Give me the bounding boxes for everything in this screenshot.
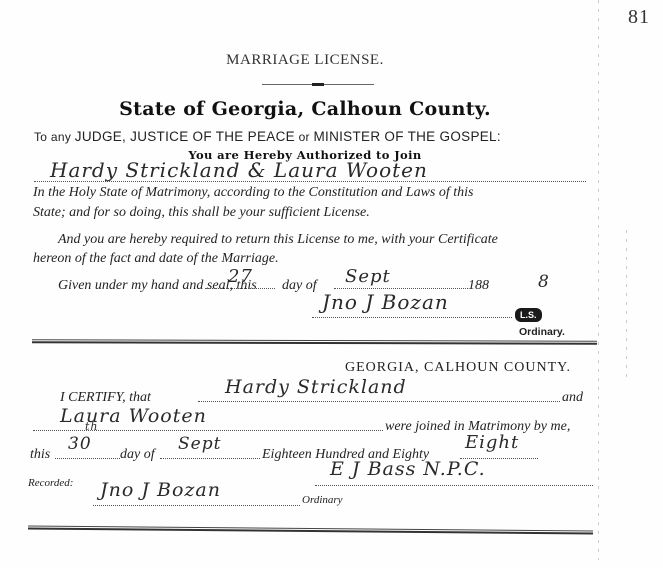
- issue-month-handwritten: Sept: [345, 266, 391, 287]
- year-suffix-handwritten: 8: [538, 272, 550, 292]
- margin-fold-line: [626, 230, 627, 380]
- marriage-day-handwritten: 30: [68, 434, 92, 454]
- marriage-license-document: 81 MARRIAGE LICENSE. State of Georgia, C…: [0, 0, 663, 568]
- recorder-signature: Jno J Bozan: [100, 479, 221, 501]
- couple-names-handwritten: Hardy Strickland & Laura Wooten: [50, 158, 428, 182]
- day-of-label: day of: [120, 447, 155, 463]
- return-paragraph-line-2: hereon of the fact and date of the Marri…: [33, 251, 279, 267]
- return-paragraph-line-1: And you are hereby required to return th…: [58, 232, 498, 248]
- and-label: and: [562, 390, 583, 406]
- jurisdiction-heading: State of Georgia, Calhoun County.: [0, 98, 610, 120]
- certify-label: I CERTIFY, that: [60, 390, 151, 406]
- marriage-year-handwritten: Eight: [465, 432, 519, 453]
- certificate-county-heading: GEORGIA, CALHOUN COUNTY.: [345, 360, 571, 376]
- bottom-divider: [28, 526, 593, 535]
- addressee-line: To any JUDGE, JUSTICE OF THE PEACE or MI…: [34, 129, 501, 144]
- marriage-day-suffix: th: [85, 420, 99, 433]
- matrimony-paragraph-line-1: In the Holy State of Matrimony, accordin…: [33, 185, 473, 201]
- title-divider: [262, 84, 374, 85]
- year-prefix: 188: [468, 278, 489, 294]
- address-main: JUDGE, JUSTICE OF THE PEACE: [75, 129, 295, 144]
- address-prefix: To any: [34, 130, 75, 144]
- document-title: MARRIAGE LICENSE.: [0, 52, 610, 69]
- ordinary-title: Ordinary.: [519, 326, 565, 338]
- recorder-ordinary-label: Ordinary: [302, 494, 343, 506]
- this-label: this: [30, 447, 50, 463]
- margin-fold-line: [598, 0, 599, 560]
- day-of-label: day of: [282, 278, 317, 294]
- recorded-label: Recorded:: [28, 477, 73, 489]
- bride-name-handwritten: Laura Wooten: [60, 405, 207, 427]
- matrimony-paragraph-line-2: State; and for so doing, this shall be y…: [33, 205, 370, 221]
- page-number: 81: [628, 6, 650, 29]
- issue-day-handwritten: 27: [228, 266, 253, 287]
- marriage-month-handwritten: Sept: [178, 434, 221, 454]
- section-divider: [32, 339, 597, 344]
- address-or: or: [295, 130, 314, 144]
- address-end: MINISTER OF THE GOSPEL:: [313, 129, 500, 144]
- groom-name-handwritten: Hardy Strickland: [225, 376, 407, 398]
- officiant-signature: E J Bass N.P.C.: [330, 458, 486, 480]
- ordinary-signature: Jno J Bozan: [322, 290, 449, 314]
- seal-badge: L.S.: [515, 308, 542, 322]
